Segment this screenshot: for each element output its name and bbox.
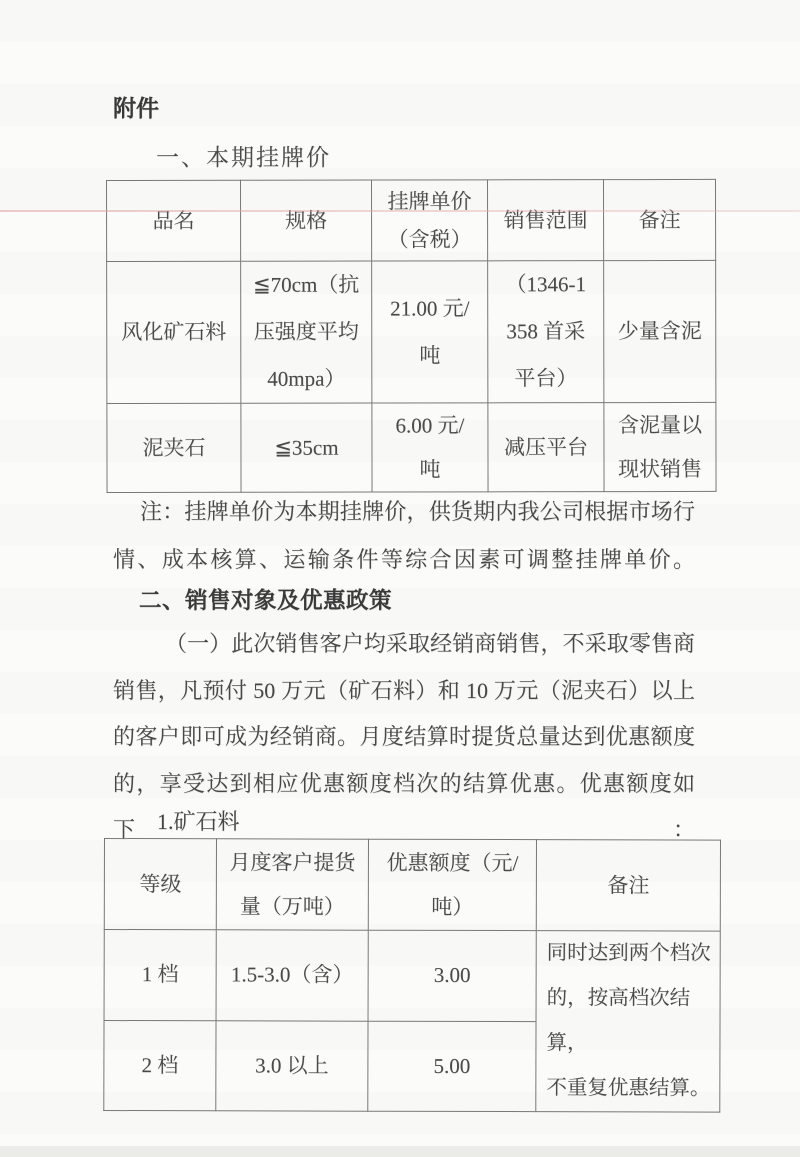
- cell-unit-price: 6.00 元/吨: [372, 403, 488, 492]
- price-header-product: 品名: [107, 180, 241, 261]
- cell-discount: 3.00: [368, 930, 536, 1021]
- subsection1-title: 1.矿石料: [157, 805, 240, 836]
- price-table-row-weathered-ore: 风化矿石料 ≦70cm（抗压强度平均40mpa） 21.00 元/吨 （1346…: [107, 260, 716, 403]
- section1-title: 一、本期挂牌价: [156, 139, 331, 172]
- discount-table-header-row: 等级 月度客户提货量（万吨） 优惠额度（元/吨） 备注: [104, 839, 720, 932]
- document-page: 附件 一、本期挂牌价 品名 规格 挂牌单价（含税） 销售范围 备注 风化矿石料 …: [0, 0, 800, 1157]
- discount-table-row-tier1: 1 档 1.5-3.0（含） 3.00 同时达到两个档次的，按高档次结算，不重复…: [104, 930, 720, 1022]
- price-header-remark: 备注: [604, 179, 716, 260]
- discount-header-discount-text: 优惠额度（元/吨）: [379, 841, 525, 929]
- discount-header-grade: 等级: [104, 839, 216, 930]
- cell-volume: 3.0 以上: [216, 1020, 368, 1111]
- price-header-unit-price-text: 挂牌单价（含税）: [384, 182, 476, 258]
- discount-header-remark: 备注: [536, 840, 720, 931]
- price-table-header-row: 品名 规格 挂牌单价（含税） 销售范围 备注: [107, 179, 716, 261]
- cell-discount: 5.00: [368, 1021, 536, 1112]
- discount-header-volume-text: 月度客户提货量（万吨）: [222, 840, 362, 928]
- discount-header-discount: 优惠额度（元/吨）: [368, 839, 536, 930]
- cell-merged-remark: 同时达到两个档次的，按高档次结算，不重复优惠结算。: [536, 931, 720, 1112]
- cell-spec: ≦70cm（抗压强度平均40mpa）: [241, 261, 372, 403]
- scan-bottom-band: [0, 1146, 800, 1157]
- cell-product: 泥夹石: [107, 403, 241, 492]
- attachment-label: 附件: [113, 90, 159, 123]
- price-header-spec: 规格: [241, 180, 372, 261]
- table-note: 注：挂牌单价为本期挂牌价，供货期内我公司根据市场行情、成本核算、运输条件等综合因…: [113, 488, 695, 584]
- cell-product: 风化矿石料: [107, 261, 241, 403]
- cell-spec: ≦35cm: [241, 403, 372, 492]
- cell-sales-scope: （1346-1358 首采平台）: [488, 261, 604, 403]
- cell-remark: 少量含泥: [604, 260, 716, 402]
- cell-grade: 1 档: [104, 930, 216, 1021]
- section2-title: 二、销售对象及优惠政策: [139, 583, 392, 615]
- cell-grade: 2 档: [104, 1020, 216, 1111]
- discount-header-volume: 月度客户提货量（万吨）: [216, 839, 368, 930]
- cell-unit-price: 21.00 元/吨: [372, 261, 488, 403]
- cell-volume: 1.5-3.0（含）: [216, 930, 368, 1021]
- price-header-unit-price: 挂牌单价（含税）: [372, 180, 488, 261]
- price-table: 品名 规格 挂牌单价（含税） 销售范围 备注 风化矿石料 ≦70cm（抗压强度平…: [106, 179, 717, 493]
- price-table-row-mudstone: 泥夹石 ≦35cm 6.00 元/吨 减压平台 含泥量以现状销售: [107, 402, 716, 492]
- cell-remark: 含泥量以现状销售: [604, 402, 716, 491]
- price-header-sales-scope: 销售范围: [488, 180, 604, 261]
- discount-table: 等级 月度客户提货量（万吨） 优惠额度（元/吨） 备注 1 档 1.5-3.0（…: [103, 838, 721, 1113]
- cell-sales-scope: 减压平台: [488, 403, 604, 492]
